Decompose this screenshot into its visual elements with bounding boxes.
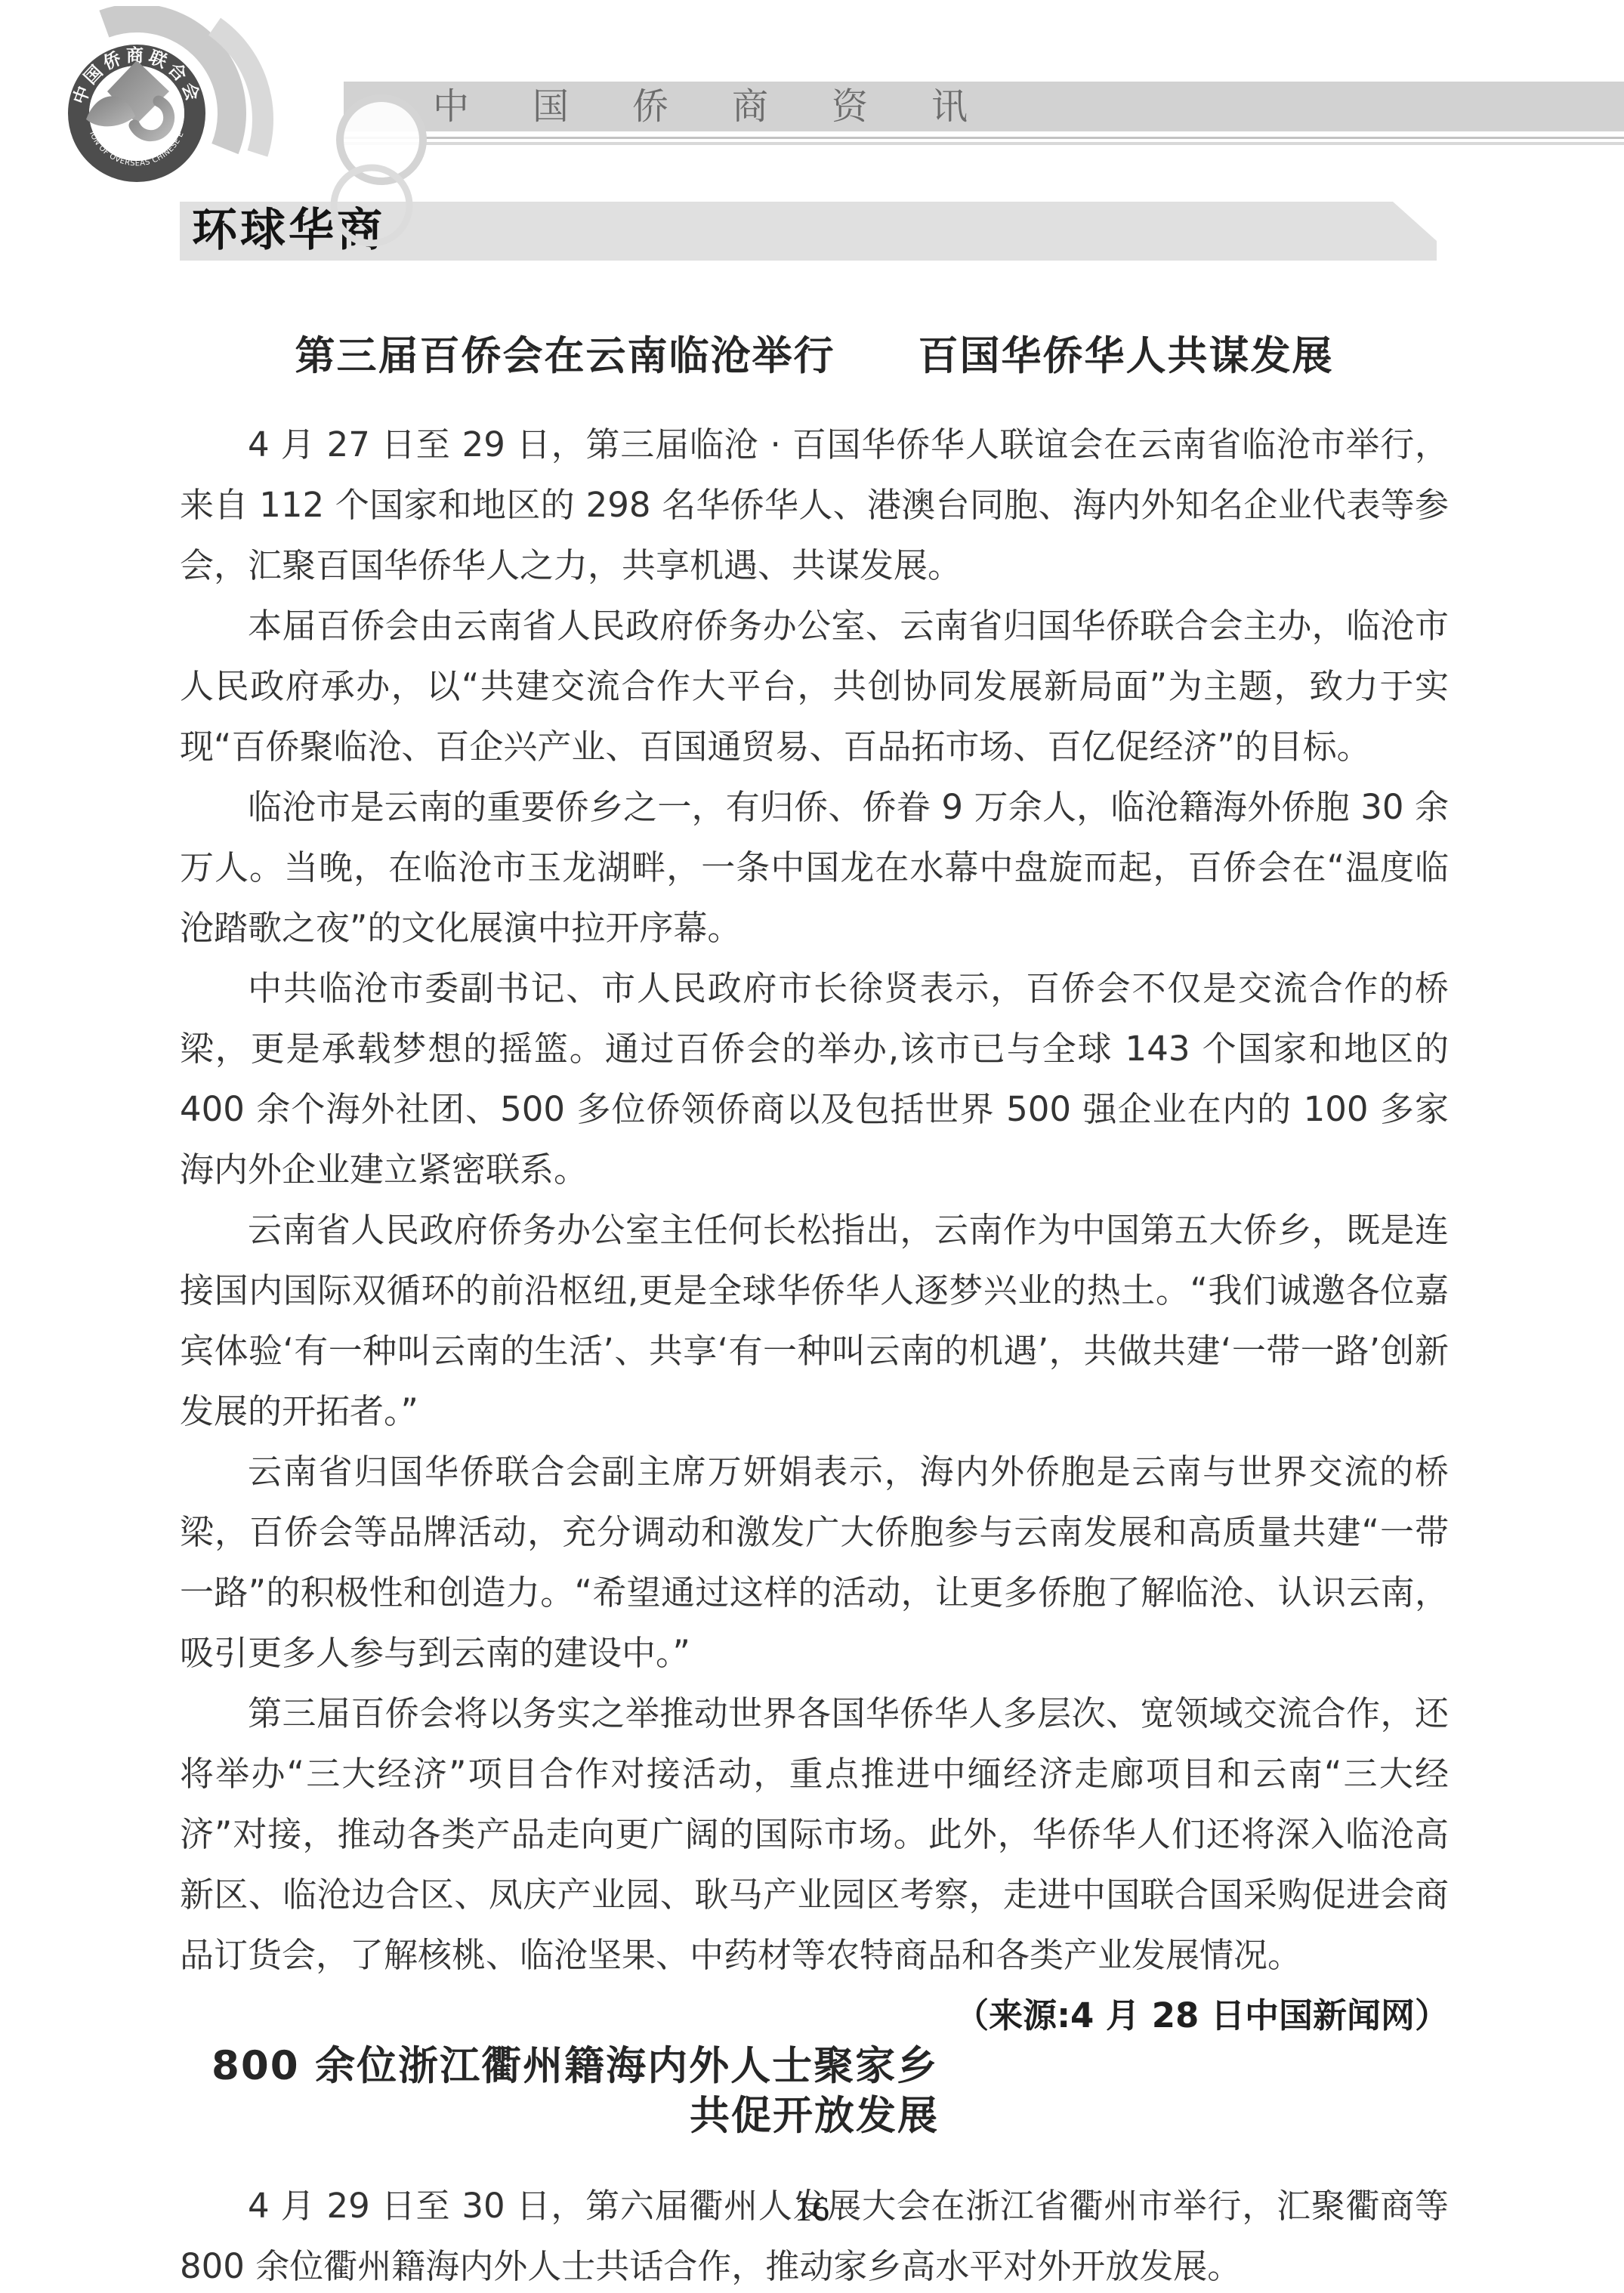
article1-paragraph-5: 云南省人民政府侨务办公室主任何长松指出，云南作为中国第五大侨乡，既是连接国内国际… [180,1200,1449,1442]
newsletter-page: 中国侨商资讯 [0,0,1624,2293]
masthead-rule-light [344,142,1624,145]
masthead-title: 中国侨商资讯 [344,82,1624,131]
federation-logo: 中国侨商联合会 CHINA FEDERATION OF OVERSEAS CHI… [36,6,444,255]
masthead-rule-dark [344,137,1624,139]
page-number: 16 [0,2189,1624,2229]
article1-paragraph-7-text: 第三届百侨会将以务实之举推动世界各国华侨华人多层次、宽领域交流合作，还将举办“三… [180,1693,1449,1975]
article1-source: （来源:4 月 28 日中国新闻网） [955,1986,1449,2046]
masthead-bar: 中国侨商资讯 [344,82,1624,131]
article1-paragraph-2: 本届百侨会由云南省人民政府侨务办公室、云南省归国华侨联合会主办，临沧市人民政府承… [180,596,1449,777]
article1-paragraph-1: 4 月 27 日至 29 日，第三届临沧 · 百国华侨华人联谊会在云南省临沧市举… [180,415,1449,596]
content-column: 环球华商 第三届百侨会在云南临沧举行 百国华侨华人共谋发展 4 月 27 日至 … [180,202,1449,2293]
article1-title: 第三届百侨会在云南临沧举行 百国华侨华人共谋发展 [195,332,1434,381]
article1-paragraph-6: 云南省归国华侨联合会副主席万妍娟表示，海内外侨胞是云南与世界交流的桥梁，百侨会等… [180,1442,1449,1683]
article1-paragraph-3: 临沧市是云南的重要侨乡之一，有归侨、侨眷 9 万余人，临沧籍海外侨胞 30 余万… [180,777,1449,958]
article1-paragraph-7: 第三届百侨会将以务实之举推动世界各国华侨华人多层次、宽领域交流合作，还将举办“三… [180,1683,1449,1986]
article2-title: 800 余位浙江衢州籍海内外人士聚家乡 共促开放发展 [195,2041,1434,2141]
logo-ring-decoration [334,98,423,243]
article1-paragraph-4: 中共临沧市委副书记、市人民政府市长徐贤表示，百侨会不仅是交流合作的桥梁，更是承载… [180,958,1449,1200]
